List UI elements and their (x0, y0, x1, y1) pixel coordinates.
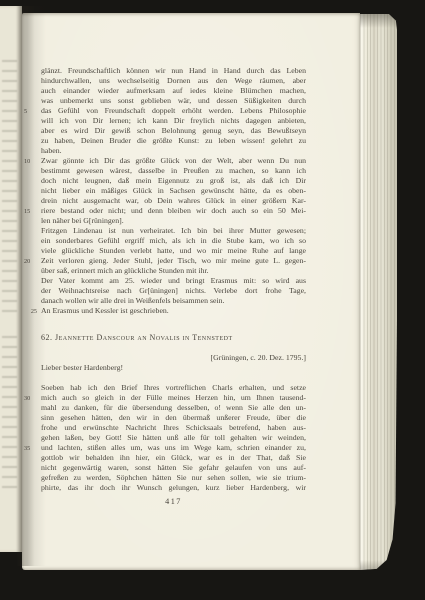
text-line: aber es wird Dir gewiß schon Belohnung g… (41, 126, 306, 136)
margin-line-number: 20 (24, 257, 37, 266)
margin-line-number: 35 (24, 444, 37, 453)
page-stack-top-edge (360, 14, 397, 28)
text-line: phirte, das ihr doch ihr Wunsch gelungen… (41, 483, 306, 493)
text-line: glänzt. Freundschaftlich können wir nun … (41, 66, 306, 76)
text-line: über saß, erinnert mich an glückliche St… (41, 266, 306, 276)
text-line: gefreßen zu werden, Söphchen hätten Sie … (41, 473, 306, 483)
text-line: will ich von Dir lernen; ich kann Dir fr… (41, 116, 306, 126)
text-line: bestimmt gewesen wärest, dasselbe in Pre… (41, 166, 306, 176)
facing-page-sliver (0, 6, 22, 552)
text-line: Soeben hab ich den Brief Ihres vortrefli… (41, 383, 306, 393)
text-line: len näher bei G[rüningen]. (41, 216, 306, 226)
text-line: nicht lieber ein mäßiges Glück in Sachse… (41, 186, 306, 196)
margin-line-number: 5 (24, 107, 37, 116)
text-line: drein nicht ausgemacht war, ob Dein wahr… (41, 196, 306, 206)
text-line: danach wollen wir alle drei in Weißenfel… (41, 296, 306, 306)
text-line: auch einander wieder aufmerksam auf iede… (41, 86, 306, 96)
text-line: 25An Erasmus und Kessler ist geschrieben… (41, 306, 306, 316)
margin-line-number: 30 (24, 394, 37, 403)
page-stack-bottom-edge (360, 560, 397, 570)
text-line: hindurchwallen, uns wechselseitig Dornen… (41, 76, 306, 86)
letter-61-continuation: glänzt. Freundschaftlich können wir nun … (41, 66, 306, 316)
letter-62-body: Soeben hab ich den Brief Ihres vortrefli… (41, 383, 306, 493)
book-scan: glänzt. Freundschaftlich können wir nun … (0, 0, 425, 600)
section-gap (41, 373, 306, 383)
letter-62-salutation: Lieber bester Hardenberg! (41, 363, 306, 373)
page-stack-edge (360, 14, 397, 570)
facing-page-ghost-text (2, 336, 17, 496)
text-line: gottlob wir behalden ihn hier, ein Glück… (41, 453, 306, 463)
text-line: 35und lachten, stißen alles um, was uns … (41, 443, 306, 453)
margin-line-number: 15 (24, 207, 37, 216)
text-line: viele glückliche Stunden verlebt hatte, … (41, 246, 306, 256)
text-line: ein sonderbares Gefühl ergriff mich, als… (41, 236, 306, 246)
text-line: Fritzgen Lindenau ist nun verheiratet. I… (41, 226, 306, 236)
text-line: nicht gegenwärtig waren, sonst hätten Si… (41, 463, 306, 473)
text-line: doch nicht leugnen, daß mein Eigennutz z… (41, 176, 306, 186)
text-line: 20Zeit verloren gieng. Jeder Stuhl, jede… (41, 256, 306, 266)
text-line: der Weihnachtsreise nach Gr[üningen] nic… (41, 286, 306, 296)
section-gap (41, 316, 306, 333)
text-line: sinn gesehen hätten, den wir in den über… (41, 413, 306, 423)
text-line: 10Zwar gönnte ich Dir das größte Glück v… (41, 156, 306, 166)
text-line: Der Vater kommt am 25. wieder und bringt… (41, 276, 306, 286)
letter-62-heading: 62. Jeannette Danscour an Novalis in Ten… (41, 333, 306, 343)
text-line: 5das Gefühl von Freundschaft doppelt erh… (41, 106, 306, 116)
text-line: gehen laßen, bey Gott! Sie hätten unß al… (41, 433, 306, 443)
page-number: 417 (41, 497, 306, 506)
text-line: haben. (41, 146, 306, 156)
margin-line-number: 10 (24, 157, 37, 166)
text-column: glänzt. Freundschaftlich können wir nun … (41, 66, 306, 493)
text-line: mahl zu danken, für die übersendung dess… (41, 403, 306, 413)
text-line: frohe und erwünschte Nachricht Ihres Sch… (41, 423, 306, 433)
letter-62-dateline: [Grüningen, c. 20. Dez. 1795.] (41, 353, 306, 363)
text-line: 15riere bestand oder nicht; und denn ble… (41, 206, 306, 216)
text-line: zu haben, Deinen Bruder die größte Kunst… (41, 136, 306, 146)
text-line: was unbemerkt uns sonst geblieben wär, u… (41, 96, 306, 106)
book-page: glänzt. Freundschaftlich können wir nun … (22, 13, 360, 570)
facing-page-ghost-text (2, 60, 17, 312)
margin-line-number: 25 (24, 307, 37, 316)
section-gap (41, 343, 306, 353)
text-line: 30mich auch so gleich in der Fülle meine… (41, 393, 306, 403)
